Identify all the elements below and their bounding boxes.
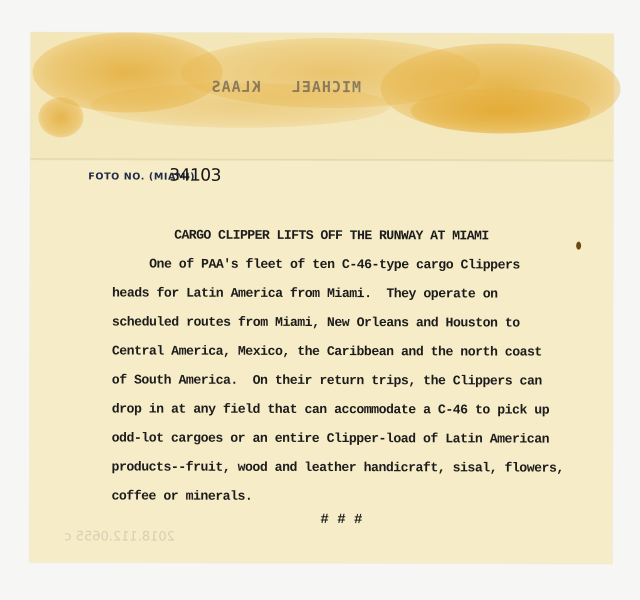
- water-stain: [410, 88, 590, 133]
- body-line: of South America. On their return trips,…: [112, 372, 542, 388]
- press-release-sheet: MICHAEL KLAAS FOTO NO. (MIAMI) 34103 CAR…: [29, 32, 613, 564]
- body-line: One of PAA's fleet of ten C-46-type carg…: [112, 256, 520, 272]
- body-line: scheduled routes from Miami, New Orleans…: [112, 314, 520, 330]
- headline: CARGO CLIPPER LIFTS OFF THE RUNWAY AT MI…: [174, 228, 489, 244]
- accession-number: 2018.112.0655 c: [64, 529, 175, 544]
- body-line: coffee or minerals.: [111, 488, 252, 503]
- ink-spot: [576, 242, 581, 250]
- mirrored-stamp-text: MICHAEL KLAAS: [211, 78, 362, 96]
- end-mark: # # #: [320, 512, 362, 528]
- fold-line: [30, 158, 613, 162]
- body-line: Central America, Mexico, the Caribbean a…: [112, 343, 542, 359]
- body-line: products--fruit, wood and leather handic…: [112, 459, 564, 475]
- body-line: odd-lot cargoes or an entire Clipper-loa…: [112, 430, 549, 446]
- body-line: drop in at any field that can accommodat…: [112, 401, 549, 417]
- folded-top-flap: MICHAEL KLAAS: [30, 32, 613, 160]
- body-line: heads for Latin America from Miami. They…: [112, 285, 498, 301]
- water-stain: [38, 97, 83, 137]
- foto-number-value: 34103: [169, 166, 221, 186]
